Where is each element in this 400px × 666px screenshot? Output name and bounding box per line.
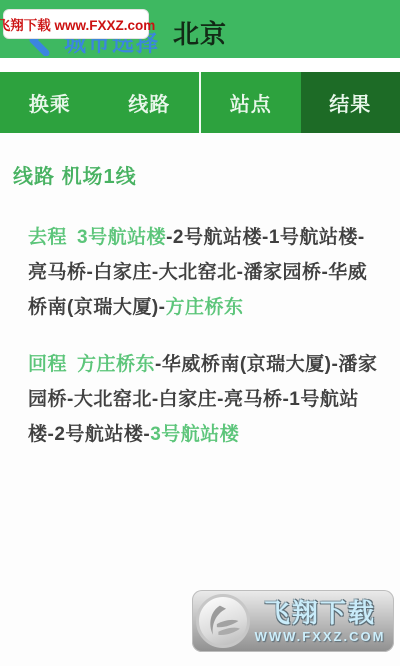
return-direction-label: 回程 (28, 354, 67, 375)
app-screen: 城市选择 北京 换乘 线路 站点 结果 线路 机场1线 去程3号航站楼-2号航站… (0, 0, 400, 666)
route-outbound: 去程3号航站楼-2号航站楼-1号航站楼-亮马桥-白家庄-大北窑北-潘家园桥-华威… (28, 220, 378, 325)
fxxz-logo-icon (196, 594, 250, 648)
return-last-station: 3号航站楼 (150, 424, 239, 445)
tab-bar: 换乘 线路 站点 结果 (0, 72, 400, 133)
outbound-last-station: 方庄桥东 (165, 297, 243, 318)
tab-lines[interactable]: 线路 (100, 72, 200, 133)
tab-results[interactable]: 结果 (301, 72, 400, 133)
watermark-bottom-title: 飞翔下载 (250, 599, 390, 627)
tab-transfer[interactable]: 换乘 (0, 72, 100, 133)
watermark-top: 飞翔下载 www.FXXZ.com (3, 9, 149, 39)
watermark-top-text: 飞翔下载 www.FXXZ.com (0, 14, 155, 34)
watermark-bottom-url: WWW.FXXZ.COM (250, 629, 390, 644)
route-return: 回程方庄桥东-华威桥南(京瑞大厦)-潘家园桥-大北窑北-白家庄-亮马桥-1号航站… (28, 347, 378, 452)
line-heading: 线路 机场1线 (13, 160, 378, 189)
line-label: 线路 (13, 166, 55, 188)
watermark-bottom: 飞翔下载 WWW.FXXZ.COM (192, 590, 394, 652)
watermark-bottom-texts: 飞翔下载 WWW.FXXZ.COM (250, 599, 394, 644)
outbound-direction-label: 去程 (28, 227, 67, 248)
header-divider (0, 58, 400, 72)
results-panel: 线路 机场1线 去程3号航站楼-2号航站楼-1号航站楼-亮马桥-白家庄-大北窑北… (0, 133, 400, 666)
outbound-first-station: 3号航站楼 (77, 227, 166, 248)
tab-stations[interactable]: 站点 (199, 72, 301, 133)
return-first-station: 方庄桥东 (77, 354, 155, 375)
line-name: 机场1线 (62, 166, 137, 188)
